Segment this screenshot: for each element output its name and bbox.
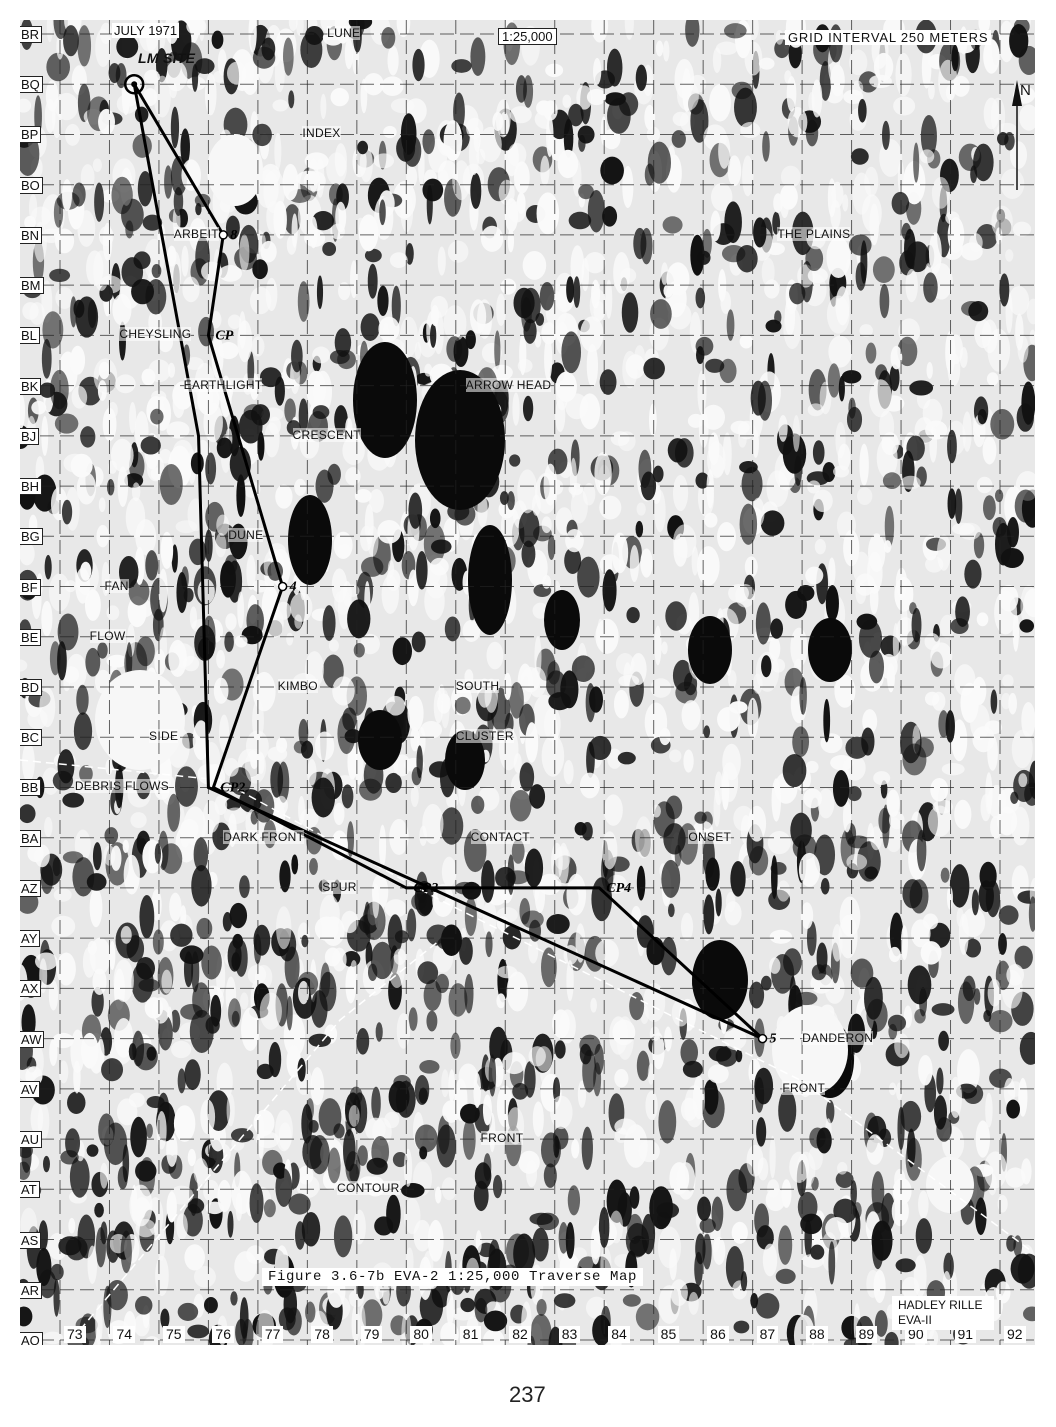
feature-label-onset: ONSET (688, 830, 731, 844)
row-label-be: BE (20, 629, 41, 646)
row-label-aq: AQ (20, 1332, 43, 1345)
feature-label-south: SOUTH (456, 679, 500, 693)
row-label-bg: BG (20, 528, 43, 545)
feature-label-arbeit: ARBEIT (174, 227, 219, 241)
row-label-bn: BN (20, 227, 42, 244)
feature-label-side: SIDE (149, 729, 178, 743)
column-label-85: 85 (658, 1326, 680, 1343)
row-label-as: AS (20, 1232, 41, 1249)
column-label-78: 78 (311, 1326, 333, 1343)
svg-text:CP4: CP4 (606, 881, 631, 896)
svg-text:8: 8 (230, 228, 237, 243)
figure-caption: Figure 3.6-7b EVA-2 1:25,000 Traverse Ma… (262, 1268, 643, 1286)
svg-text:CP: CP (215, 328, 233, 343)
feature-label-contour: CONTOUR (337, 1181, 400, 1195)
column-label-82: 82 (509, 1326, 531, 1343)
feature-label-kimbo: KIMBO (278, 679, 318, 693)
column-label-83: 83 (559, 1326, 581, 1343)
column-label-79: 79 (361, 1326, 383, 1343)
column-label-84: 84 (608, 1326, 630, 1343)
row-label-bh: BH (20, 478, 42, 495)
feature-label-danderon: DANDERON (802, 1031, 873, 1045)
column-label-76: 76 (212, 1326, 234, 1343)
row-label-ba: BA (20, 830, 41, 847)
row-label-bp: BP (20, 126, 41, 143)
north-arrow-icon (1010, 80, 1024, 190)
feature-label-contact: CONTACT (471, 830, 530, 844)
lm-site-label: LM SITE (138, 50, 195, 66)
feature-label-dune: DUNE (228, 528, 263, 542)
feature-label-arrow-head: ARROW HEAD (466, 378, 552, 392)
row-label-bb: BB (20, 779, 41, 796)
column-label-87: 87 (757, 1326, 779, 1343)
row-label-ax: AX (20, 980, 41, 997)
feature-label-lune: LUNE (327, 26, 360, 40)
grid-interval-note: GRID INTERVAL 250 METERS (785, 30, 991, 45)
row-label-bj: BJ (20, 428, 39, 445)
column-label-74: 74 (113, 1326, 135, 1343)
feature-label-fan: FAN (105, 579, 129, 593)
row-label-br: BR (20, 26, 42, 43)
row-label-bk: BK (20, 378, 41, 395)
row-label-au: AU (20, 1131, 42, 1148)
row-label-bl: BL (20, 327, 40, 344)
column-label-92: 92 (1004, 1326, 1026, 1343)
feature-label-cluster: CLUSTER (456, 729, 514, 743)
row-label-bo: BO (20, 177, 43, 194)
svg-text:5: 5 (770, 1032, 777, 1047)
date-label: JULY 1971 (112, 23, 179, 38)
column-label-80: 80 (410, 1326, 432, 1343)
svg-text:CP2: CP2 (220, 780, 245, 795)
feature-label-front: FRONT (782, 1081, 825, 1095)
row-label-az: AZ (20, 880, 41, 897)
column-label-89: 89 (856, 1326, 878, 1343)
column-label-86: 86 (707, 1326, 729, 1343)
feature-label-flow: FLOW (90, 629, 126, 643)
feature-label-earthlight: EARTHLIGHT (184, 378, 263, 392)
column-label-88: 88 (806, 1326, 828, 1343)
page-number: 237 (509, 1382, 546, 1408)
feature-label-the-plains: THE PLAINS (777, 227, 850, 241)
row-label-bf: BF (20, 579, 41, 596)
svg-text:CP3: CP3 (413, 881, 438, 896)
traverse-map: 8CP4CP2CP3CP45 BRBQBPBOBNBMBLBKBJBHBGBFB… (20, 20, 1035, 1345)
row-label-ar: AR (20, 1282, 42, 1299)
feature-label-dark-front: DARK FRONT (223, 830, 304, 844)
feature-label-front: FRONT (481, 1131, 524, 1145)
column-label-73: 73 (64, 1326, 86, 1343)
legend-line-1: HADLEY RILLE (898, 1298, 988, 1313)
feature-label-debris-flows: DEBRIS FLOWS (75, 779, 169, 793)
feature-label-crescent: CRESCENT (293, 428, 361, 442)
row-label-at: AT (20, 1181, 40, 1198)
legend-box: HADLEY RILLE EVA-II (892, 1296, 994, 1330)
legend-line-2: EVA-II (898, 1313, 988, 1328)
column-label-77: 77 (262, 1326, 284, 1343)
row-label-bc: BC (20, 729, 42, 746)
feature-label-cheysling: CHEYSLING (119, 327, 191, 341)
feature-label-index: INDEX (302, 126, 340, 140)
row-label-av: AV (20, 1081, 40, 1098)
row-label-bd: BD (20, 679, 42, 696)
map-image: 8CP4CP2CP3CP45 (20, 20, 1035, 1345)
scale-box: 1:25,000 (498, 28, 557, 45)
row-label-ay: AY (20, 930, 40, 947)
svg-text:4: 4 (289, 580, 297, 595)
feature-label-spur: SPUR (322, 880, 357, 894)
column-label-75: 75 (163, 1326, 185, 1343)
column-label-81: 81 (460, 1326, 482, 1343)
row-label-bq: BQ (20, 76, 43, 93)
row-label-aw: AW (20, 1031, 44, 1048)
row-label-bm: BM (20, 277, 44, 294)
